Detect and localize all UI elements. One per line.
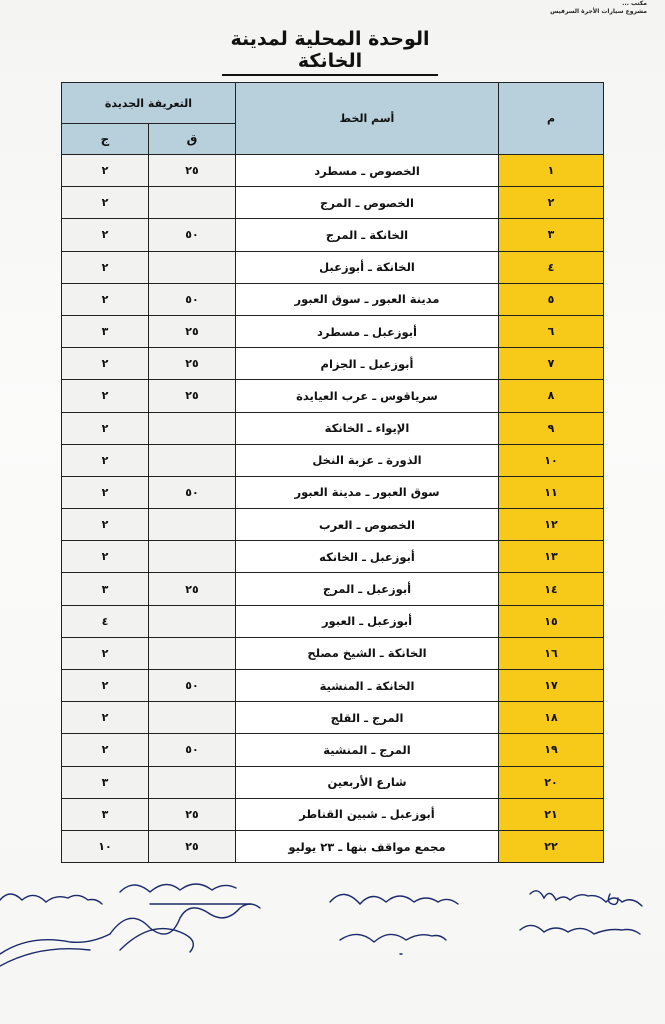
row-number: ١٥ bbox=[499, 605, 604, 637]
row-pound: ٣ bbox=[62, 315, 149, 347]
row-number: ١٢ bbox=[499, 509, 604, 541]
row-line-name: أبوزعبل ـ مسطرد bbox=[236, 315, 499, 347]
row-piaster: ٥٠ bbox=[149, 219, 236, 251]
row-pound: ٢ bbox=[62, 187, 149, 219]
table-row: ١الخصوص ـ مسطرد٢٥٢ bbox=[62, 155, 604, 187]
row-line-name: الخصوص ـ العرب bbox=[236, 509, 499, 541]
row-piaster: ٥٠ bbox=[149, 476, 236, 508]
row-line-name: الإيواء ـ الخانكة bbox=[236, 412, 499, 444]
table-row: ١٣أبوزعبل ـ الخانكه٢ bbox=[62, 541, 604, 573]
table-row: ١٥أبوزعبل ـ العبور٤ bbox=[62, 605, 604, 637]
row-piaster bbox=[149, 444, 236, 476]
row-pound: ٢ bbox=[62, 702, 149, 734]
row-line-name: أبوزعبل ـ شبين القناطر bbox=[236, 798, 499, 830]
table-row: ١٠الذورة ـ عزبة النخل٢ bbox=[62, 444, 604, 476]
table-row: ١٧الخانكة ـ المنشية٥٠٢ bbox=[62, 670, 604, 702]
table-row: ٧أبوزعبل ـ الجزام٢٥٢ bbox=[62, 348, 604, 380]
row-piaster: ٥٠ bbox=[149, 734, 236, 766]
page-title: الوحدة المحلية لمدينة الخانكة bbox=[222, 28, 438, 76]
row-pound: ٢ bbox=[62, 541, 149, 573]
table-row: ٨سرياقوس ـ عرب العيايدة٢٥٢ bbox=[62, 380, 604, 412]
row-pound: ٢ bbox=[62, 476, 149, 508]
signatures-area bbox=[0, 876, 665, 1024]
document-page: مكتب ... مشروع سيارات الأجرة السرفيس الو… bbox=[0, 0, 665, 1024]
header-pound: ج bbox=[62, 124, 149, 155]
row-number: ١٠ bbox=[499, 444, 604, 476]
row-pound: ٢ bbox=[62, 380, 149, 412]
table-row: ١١سوق العبور ـ مدينة العبور٥٠٢ bbox=[62, 476, 604, 508]
table-row: ١٤أبوزعبل ـ المرج٢٥٣ bbox=[62, 573, 604, 605]
row-piaster: ٥٠ bbox=[149, 670, 236, 702]
row-line-name: مدينة العبور ـ سوق العبور bbox=[236, 283, 499, 315]
row-line-name: أبوزعبل ـ الخانكه bbox=[236, 541, 499, 573]
table-row: ٢الخصوص ـ المرج٢ bbox=[62, 187, 604, 219]
row-number: ١٩ bbox=[499, 734, 604, 766]
row-number: ٨ bbox=[499, 380, 604, 412]
header-new-tariff: التعريفة الجديدة bbox=[62, 83, 236, 124]
table-row: ١٦الخانكة ـ الشيخ مصلح٢ bbox=[62, 637, 604, 669]
row-line-name: الخصوص ـ مسطرد bbox=[236, 155, 499, 187]
row-pound: ٢ bbox=[62, 348, 149, 380]
row-piaster bbox=[149, 605, 236, 637]
row-number: ١٨ bbox=[499, 702, 604, 734]
table-row: ٦أبوزعبل ـ مسطرد٢٥٣ bbox=[62, 315, 604, 347]
row-piaster bbox=[149, 509, 236, 541]
stamp-line-1: مكتب ... bbox=[550, 0, 647, 8]
row-piaster bbox=[149, 766, 236, 798]
table-row: ٥مدينة العبور ـ سوق العبور٥٠٢ bbox=[62, 283, 604, 315]
row-pound: ٢ bbox=[62, 283, 149, 315]
row-piaster bbox=[149, 637, 236, 669]
row-number: ١٦ bbox=[499, 637, 604, 669]
row-number: ٢٠ bbox=[499, 766, 604, 798]
table-row: ٢٠شارع الأربعين٣ bbox=[62, 766, 604, 798]
row-line-name: الذورة ـ عزبة النخل bbox=[236, 444, 499, 476]
header-line-name: أسم الخط bbox=[236, 83, 499, 155]
row-piaster: ٥٠ bbox=[149, 283, 236, 315]
row-piaster bbox=[149, 541, 236, 573]
row-pound: ٣ bbox=[62, 573, 149, 605]
row-line-name: أبوزعبل ـ الجزام bbox=[236, 348, 499, 380]
table-row: ٩الإيواء ـ الخانكة٢ bbox=[62, 412, 604, 444]
row-line-name: أبوزعبل ـ المرج bbox=[236, 573, 499, 605]
row-number: ١٣ bbox=[499, 541, 604, 573]
table-row: ٤الخانكة ـ أبوزعبل٢ bbox=[62, 251, 604, 283]
row-number: ١ bbox=[499, 155, 604, 187]
row-line-name: المرج ـ المنشية bbox=[236, 734, 499, 766]
row-number: ٩ bbox=[499, 412, 604, 444]
table-row: ٢٢مجمع مواقف بنها ـ ٢٣ يوليو٢٥١٠ bbox=[62, 830, 604, 862]
row-pound: ٢ bbox=[62, 509, 149, 541]
row-number: ٧ bbox=[499, 348, 604, 380]
row-line-name: مجمع مواقف بنها ـ ٢٣ يوليو bbox=[236, 830, 499, 862]
row-number: ٦ bbox=[499, 315, 604, 347]
row-pound: ٣ bbox=[62, 798, 149, 830]
row-pound: ٢ bbox=[62, 251, 149, 283]
row-piaster bbox=[149, 187, 236, 219]
signatures-icon bbox=[0, 876, 665, 1024]
row-pound: ١٠ bbox=[62, 830, 149, 862]
row-line-name: المرج ـ القلج bbox=[236, 702, 499, 734]
row-pound: ٢ bbox=[62, 219, 149, 251]
row-number: ٥ bbox=[499, 283, 604, 315]
row-line-name: الخصوص ـ المرج bbox=[236, 187, 499, 219]
row-pound: ٢ bbox=[62, 155, 149, 187]
header-number: م bbox=[499, 83, 604, 155]
row-pound: ٢ bbox=[62, 412, 149, 444]
row-pound: ٢ bbox=[62, 670, 149, 702]
row-piaster: ٢٥ bbox=[149, 830, 236, 862]
table-row: ١٩المرج ـ المنشية٥٠٢ bbox=[62, 734, 604, 766]
tariff-table: م أسم الخط التعريفة الجديدة ق ج ١الخصوص … bbox=[61, 82, 604, 863]
row-piaster: ٢٥ bbox=[149, 380, 236, 412]
row-piaster: ٢٥ bbox=[149, 155, 236, 187]
row-piaster: ٢٥ bbox=[149, 315, 236, 347]
row-line-name: سرياقوس ـ عرب العيايدة bbox=[236, 380, 499, 412]
table-row: ١٨المرج ـ القلج٢ bbox=[62, 702, 604, 734]
row-line-name: شارع الأربعين bbox=[236, 766, 499, 798]
row-piaster: ٢٥ bbox=[149, 348, 236, 380]
stamp-line-2: مشروع سيارات الأجرة السرفيس bbox=[550, 8, 647, 16]
row-pound: ٤ bbox=[62, 605, 149, 637]
row-line-name: الخانكة ـ الشيخ مصلح bbox=[236, 637, 499, 669]
row-piaster: ٢٥ bbox=[149, 798, 236, 830]
row-number: ٢١ bbox=[499, 798, 604, 830]
row-piaster bbox=[149, 702, 236, 734]
table-row: ١٢الخصوص ـ العرب٢ bbox=[62, 509, 604, 541]
header-piaster: ق bbox=[149, 124, 236, 155]
row-line-name: أبوزعبل ـ العبور bbox=[236, 605, 499, 637]
row-line-name: الخانكة ـ المرج bbox=[236, 219, 499, 251]
row-line-name: الخانكة ـ المنشية bbox=[236, 670, 499, 702]
row-pound: ٢ bbox=[62, 734, 149, 766]
row-piaster bbox=[149, 412, 236, 444]
row-pound: ٢ bbox=[62, 444, 149, 476]
table-row: ٢١أبوزعبل ـ شبين القناطر٢٥٣ bbox=[62, 798, 604, 830]
row-number: ١٤ bbox=[499, 573, 604, 605]
corner-stamp: مكتب ... مشروع سيارات الأجرة السرفيس bbox=[550, 0, 647, 16]
row-number: ١٧ bbox=[499, 670, 604, 702]
row-number: ٤ bbox=[499, 251, 604, 283]
row-number: ٢٢ bbox=[499, 830, 604, 862]
row-line-name: الخانكة ـ أبوزعبل bbox=[236, 251, 499, 283]
row-piaster: ٢٥ bbox=[149, 573, 236, 605]
row-number: ٣ bbox=[499, 219, 604, 251]
row-number: ٢ bbox=[499, 187, 604, 219]
row-pound: ٣ bbox=[62, 766, 149, 798]
row-line-name: سوق العبور ـ مدينة العبور bbox=[236, 476, 499, 508]
row-number: ١١ bbox=[499, 476, 604, 508]
row-piaster bbox=[149, 251, 236, 283]
row-pound: ٢ bbox=[62, 637, 149, 669]
table-row: ٣الخانكة ـ المرج٥٠٢ bbox=[62, 219, 604, 251]
